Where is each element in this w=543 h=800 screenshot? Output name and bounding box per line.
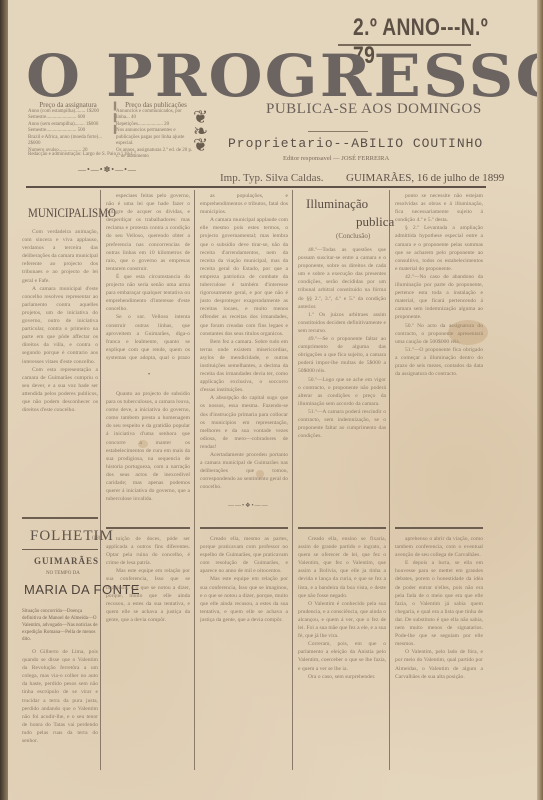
paragraph: A camara municipal applaude com elle mes…	[200, 216, 288, 337]
divider-ornament-icon: ——•❖•——	[228, 502, 269, 509]
paragraph: Acertadamente procedeu portanto a camara…	[200, 451, 288, 491]
article-subheading-conclusao: (Conclusão)	[336, 232, 370, 240]
article-col5-bottom: aprehenso o abrir da viação, como tambem…	[395, 535, 483, 770]
proprietor-line: Proprietario--ABILIO COUTINHO	[228, 136, 483, 151]
paragraph: 50.º—Logo que se ache em vigor o contrac…	[298, 376, 386, 408]
column-divider	[292, 190, 293, 770]
paragraph: aprehenso o abrir da viação, como tambem…	[395, 535, 483, 559]
paragraph: 51.º—A camara poderá rescindir o contrac…	[298, 408, 386, 440]
folhetim-label: FOLHETIM	[30, 528, 114, 545]
paper-stain	[256, 470, 264, 478]
folhetim-top-rule	[22, 517, 98, 519]
paragraph: Com esta representação a camara de Guima…	[22, 366, 98, 415]
paragraph: Correram, pois, em que o parlamento a el…	[298, 640, 386, 672]
paragraph: O Valentim, pelo lado de fóra, e por mei…	[395, 648, 483, 680]
article-illuminacao: 48.º—Todas as questões que possam suscit…	[298, 246, 386, 518]
paper-stain	[138, 440, 148, 448]
paragraph: Quanto ao projecto de subsidio para os t…	[106, 390, 190, 503]
column-divider	[194, 190, 195, 770]
paragraph: Mas este equipe em relação por sua confe…	[106, 567, 190, 624]
short-divider	[308, 131, 368, 132]
subscription-box-title: Preço da assignatura	[28, 102, 108, 109]
folhetim-summary: Situação concorrida—Doença definitiva de…	[22, 608, 100, 643]
article-col3-bottom: Creado ella, mesmo as partes, porque pra…	[200, 535, 288, 770]
article-col3-top: as populações, e emprehendimentos e trib…	[200, 192, 288, 492]
folhetim-subtitle: NO TEMPO DA	[46, 571, 80, 576]
article-col4-bottom: Creado ella, ensino se fixaria, assim de…	[298, 535, 386, 770]
paragraph: É que esta circumstancia do projecto não…	[106, 273, 190, 313]
article-heading-municipalismo: MUNICIPALISMO	[28, 205, 116, 221]
publication-frequency: PUBLICA-SE AOS DOMINGOS	[266, 101, 482, 118]
paragraph: Mas este equipe em relação por sua confe…	[200, 575, 288, 624]
subscription-box: Preço da assignatura Anno (com estampilh…	[28, 102, 108, 154]
article-heading-illuminacao: Illuminação	[306, 196, 368, 212]
editor-line: Editor responsavel — JOSÉ FERREIRA	[283, 155, 389, 162]
publications-box-title: Preço das publicações	[116, 102, 196, 109]
paragraph: Creado ella, ensino se fixaria, assim de…	[298, 535, 386, 600]
publications-line: Annuncios e communicados, por linha... 4…	[116, 109, 196, 122]
page-edge	[537, 0, 543, 800]
place-date: GUIMARÃES, 16 de julho de 1899	[346, 172, 504, 184]
masthead-title: O PROGRESSO	[26, 46, 543, 106]
divider-ornament-icon: —•—•✽•—•—	[78, 165, 137, 174]
subscription-line: Brazil e Africa, anno (moeda forte)... 2…	[28, 135, 108, 148]
paragraph: 49.º—Se o proponente faltar ao cumprimen…	[298, 335, 386, 375]
section-rule	[395, 527, 483, 529]
article-heading-publica: publica	[356, 214, 394, 230]
paragraph: § 2.º Levantada a ampliação admittida hy…	[395, 224, 483, 273]
publications-line: Nos annuncios permanentes e publicações …	[116, 128, 196, 148]
paragraph: Creado ella, mesmo as partes, porque pra…	[200, 535, 288, 575]
paragraph: tuição de doces, póde ser applicada a ou…	[106, 535, 190, 567]
paragraph: Se o snr. Velloso intenta construir outr…	[106, 313, 190, 362]
article-col2-mid: Quanto ao projecto de subsidio para os t…	[106, 390, 190, 518]
paragraph: E depois a lucta, se ella em houvesse pa…	[395, 559, 483, 648]
section-rule	[298, 527, 386, 529]
paragraph: 51.º—O proponente fica obrigado a começa…	[395, 346, 483, 378]
paragraph: especiaes feitas pelo governo, não é uma…	[106, 192, 190, 273]
folhetim-rule	[22, 549, 98, 550]
paragraph: 48.º—Todas as questões que possam suscit…	[298, 246, 386, 311]
article-col5-top: ponto se necessite não estejam resolvida…	[395, 192, 483, 518]
bullet-ornament-icon: •	[148, 372, 150, 378]
article-col2-top: especiaes feitas pelo governo, não é uma…	[106, 192, 190, 362]
folhetim-title-top: GUIMARÃES	[34, 556, 99, 566]
floral-ornament-icon: ❦❧❦	[193, 110, 208, 152]
section-rule	[106, 527, 190, 529]
footer-notice: Redacção e administração: Largo de S. Pa…	[28, 152, 208, 159]
header-divider	[26, 186, 486, 188]
paragraph: O Gilberto de Lima, pois quando se disse…	[22, 648, 98, 745]
folhetim-text: O Gilberto de Lima, pois quando se disse…	[22, 648, 98, 748]
article-col2-bottom: tuição de doces, póde ser applicada a ou…	[106, 535, 190, 770]
paragraph: O Valentim é conhecido pela sua prudenci…	[298, 600, 386, 640]
paragraph: Com verdadeira animação, com sincera e v…	[22, 228, 98, 285]
folhetim-number: (18)	[92, 536, 100, 541]
article-municipalismo: Com verdadeira animação, com sincera e v…	[22, 228, 98, 510]
column-divider	[389, 190, 390, 770]
column-divider	[100, 190, 101, 770]
paragraph: 1.º Os juizos arbitraes assim constituid…	[298, 311, 386, 335]
section-rule	[200, 527, 288, 529]
paper-stain	[448, 320, 488, 345]
paragraph: A camara municipal d'este concelho resol…	[22, 285, 98, 366]
paragraph: ponto se necessite não estejam resolvida…	[395, 192, 483, 224]
paragraph: Ora o caso, sem surprehender.	[298, 673, 386, 681]
paragraph: 42.º—No caso de abandono da illuminação …	[395, 273, 483, 322]
paragraph: Bem fez a camara. Sobre tudo em terras o…	[200, 338, 288, 395]
printer-line: Imp. Typ. Silva Caldas.	[220, 172, 324, 184]
paragraph: as populações, e emprehendimentos e trib…	[200, 192, 288, 216]
newspaper-page: 2.º ANNO---N.º 79 O PROGRESSO Preço da a…	[8, 0, 538, 800]
paragraph: A absorpção do capital sugo que os nosso…	[200, 394, 288, 451]
